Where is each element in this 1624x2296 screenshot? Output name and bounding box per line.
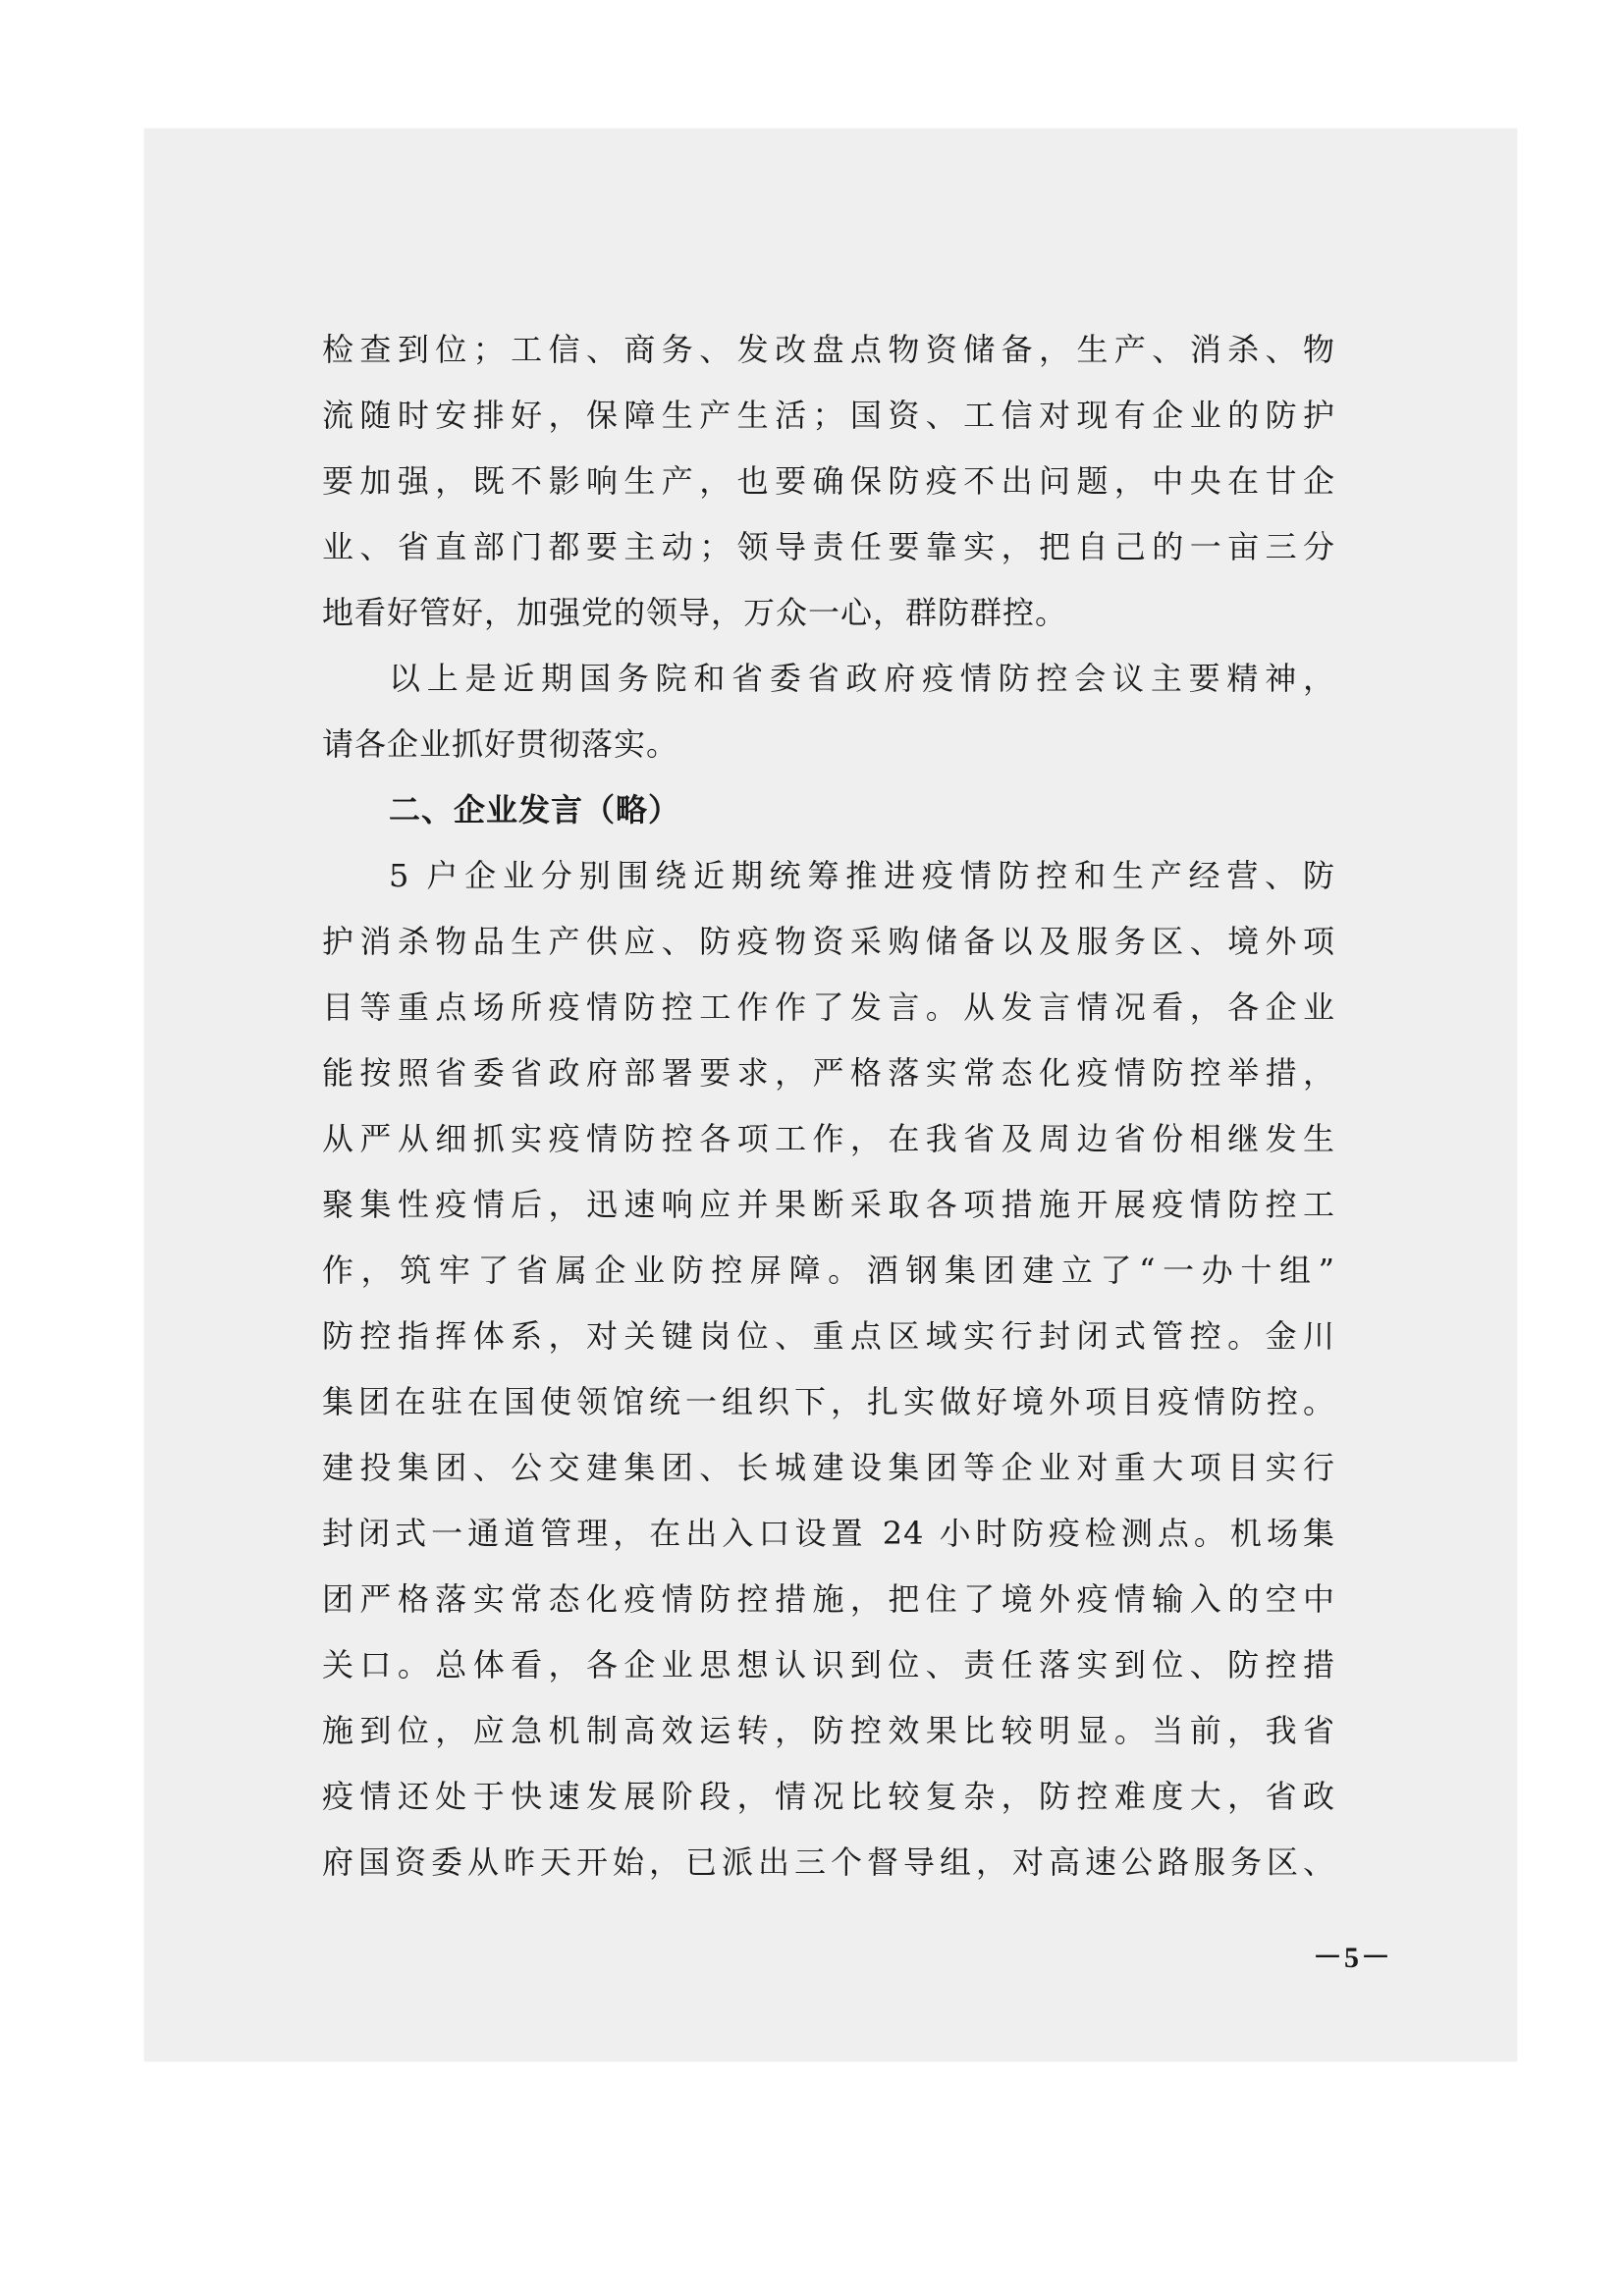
- document-page: 检查到位；工信、商务、发改盘点物资储备，生产、消杀、物 流随时安排好，保障生产生…: [144, 129, 1517, 2061]
- text-line: 能按照省委省政府部署要求，严格落实常态化疫情防控举措，: [322, 1041, 1335, 1106]
- text-line: 以上是近期国务院和省委省政府疫情防控会议主要精神，: [322, 646, 1335, 712]
- text-line: 关口。总体看，各企业思想认识到位、责任落实到位、防控措: [322, 1632, 1335, 1698]
- text-line: 5 户企业分别围绕近期统筹推进疫情防控和生产经营、防: [322, 843, 1335, 909]
- text-line: 业、省直部门都要主动；领导责任要靠实，把自己的一亩三分: [322, 514, 1335, 580]
- text-line: 建投集团、公交建集团、长城建设集团等企业对重大项目实行: [322, 1435, 1335, 1501]
- text-line: 护消杀物品生产供应、防疫物资采购储备以及服务区、境外项: [322, 909, 1335, 975]
- text-line: 要加强，既不影响生产，也要确保防疫不出问题，中央在甘企: [322, 449, 1335, 514]
- paragraph-enterprise-remarks: 5 户企业分别围绕近期统筹推进疫情防控和生产经营、防 护消杀物品生产供应、防疫物…: [322, 843, 1335, 1896]
- page-number: －5－: [1313, 1933, 1392, 1976]
- section-title: 二、企业发言（略）: [322, 777, 1335, 843]
- text-line: 封闭式一通道管理，在出入口设置 24 小时防疫检测点。机场集: [322, 1501, 1335, 1567]
- text-line: 检查到位；工信、商务、发改盘点物资储备，生产、消杀、物: [322, 317, 1335, 383]
- text-line: 流随时安排好，保障生产生活；国资、工信对现有企业的防护: [322, 383, 1335, 449]
- text-line: 地看好管好，加强党的领导，万众一心，群防群控。: [322, 580, 1335, 646]
- text-line: 作，筑牢了省属企业防控屏障。酒钢集团建立了“一办十组”: [322, 1238, 1335, 1304]
- text-line: 防控指挥体系，对关键岗位、重点区域实行封闭式管控。金川: [322, 1304, 1335, 1369]
- page-body: 检查到位；工信、商务、发改盘点物资储备，生产、消杀、物 流随时安排好，保障生产生…: [322, 317, 1335, 1896]
- text-line: 聚集性疫情后，迅速响应并果断采取各项措施开展疫情防控工: [322, 1172, 1335, 1238]
- paragraph-continued: 检查到位；工信、商务、发改盘点物资储备，生产、消杀、物 流随时安排好，保障生产生…: [322, 317, 1335, 646]
- text-line: 团严格落实常态化疫情防控措施，把住了境外疫情输入的空中: [322, 1567, 1335, 1632]
- text-line: 府国资委从昨天开始，已派出三个督导组，对高速公路服务区、: [322, 1830, 1335, 1896]
- text-line: 请各企业抓好贯彻落实。: [322, 712, 1335, 777]
- text-line: 从严从细抓实疫情防控各项工作，在我省及周边省份相继发生: [322, 1106, 1335, 1172]
- text-line: 施到位，应急机制高效运转，防控效果比较明显。当前，我省: [322, 1698, 1335, 1764]
- text-line: 集团在驻在国使领馆统一组织下，扎实做好境外项目疫情防控。: [322, 1369, 1335, 1435]
- paragraph-summary: 以上是近期国务院和省委省政府疫情防控会议主要精神， 请各企业抓好贯彻落实。: [322, 646, 1335, 777]
- text-line: 疫情还处于快速发展阶段，情况比较复杂，防控难度大，省政: [322, 1764, 1335, 1830]
- section-heading: 二、企业发言（略）: [322, 777, 1335, 843]
- text-line: 目等重点场所疫情防控工作作了发言。从发言情况看，各企业: [322, 975, 1335, 1041]
